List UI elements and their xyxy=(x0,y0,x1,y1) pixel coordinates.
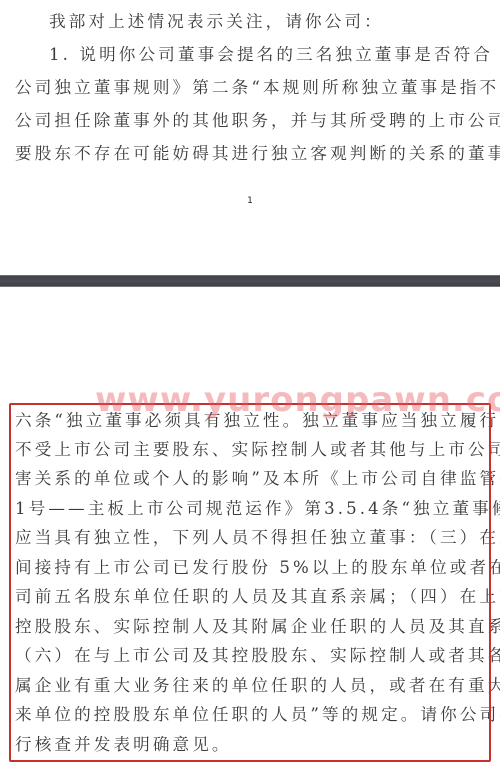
highlight-box xyxy=(9,403,491,762)
paragraph-item-1-line: 公司独立董事规则》第二条“本规则所称独立董事是指不在上市 xyxy=(15,78,487,98)
paragraph-item-1-line: 公司担任除董事外的其他职务，并与其所受聘的上市公司及其主 xyxy=(15,111,487,131)
paragraph-intro: 我部对上述情况表示关注，请你公司： xyxy=(49,12,500,32)
document-page-1: 我部对上述情况表示关注，请你公司： 1. 说明你公司董事会提名的三名独立董事是否… xyxy=(0,0,500,275)
paragraph-item-1-line: 要股东不存在可能妨碍其进行独立客观判断的关系的董事”、第 xyxy=(15,144,487,164)
page-number: 1 xyxy=(0,196,500,206)
page-break-divider xyxy=(0,275,500,287)
paragraph-item-1-line: 1. 说明你公司董事会提名的三名独立董事是否符合《上市 xyxy=(49,45,500,65)
